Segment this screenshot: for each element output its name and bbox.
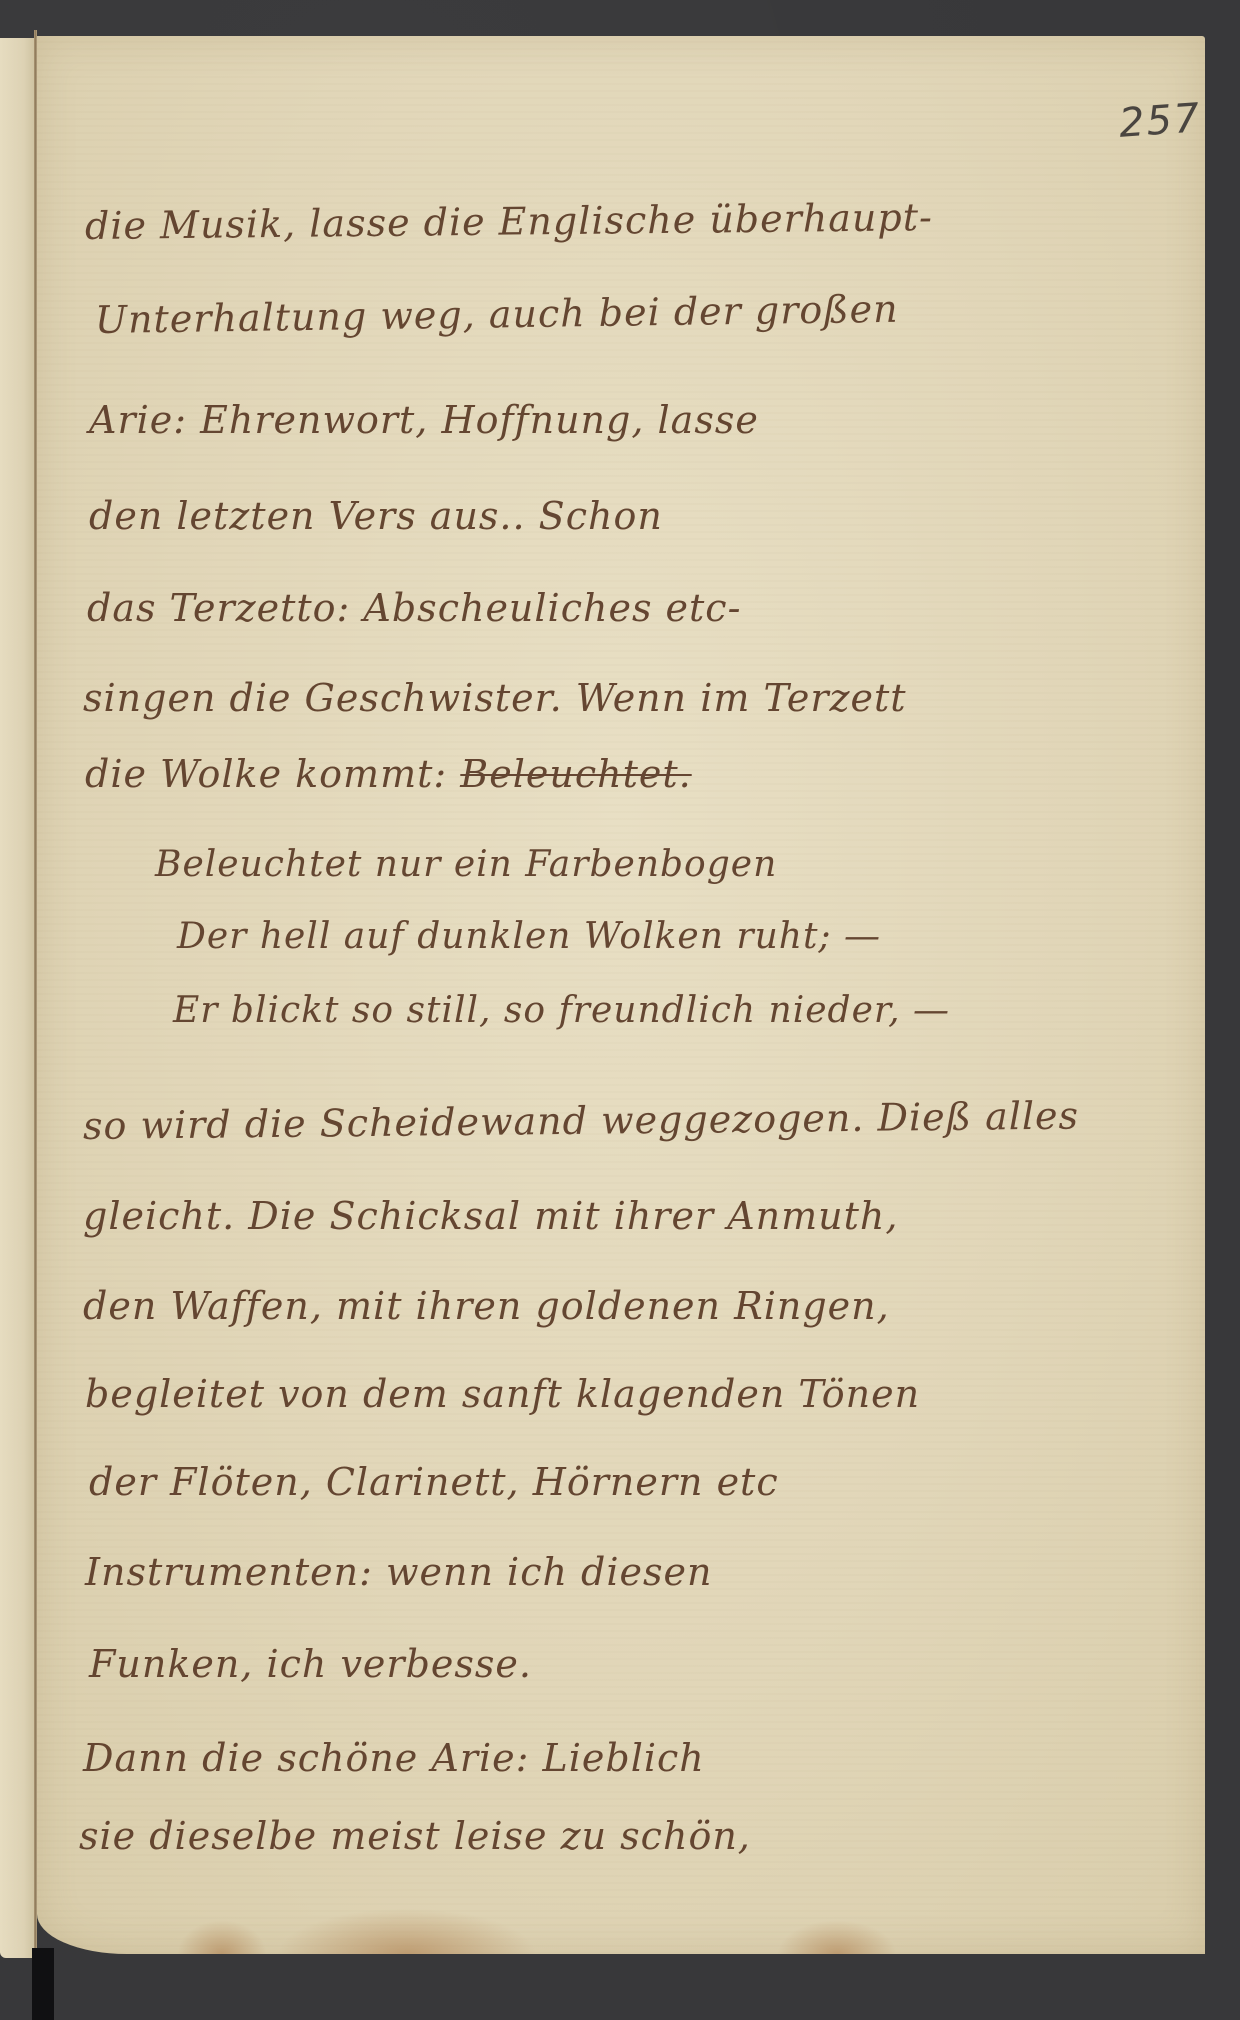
manuscript-line: den Waffen, mit ihren goldenen Ringen, [83, 1284, 890, 1328]
manuscript-line: so wird die Scheidewand weggezogen. Dieß… [83, 1094, 1079, 1148]
manuscript-line: sie dieselbe meist leise zu schön, [79, 1814, 751, 1858]
manuscript-line: Dann die schöne Arie: Lieblich [83, 1736, 705, 1780]
manuscript-line: Instrumenten: wenn ich diesen [85, 1550, 712, 1594]
manuscript-line: den letzten Vers aus.. Schon [89, 494, 663, 538]
manuscript-line: das Terzetto: Abscheuliches etc- [87, 586, 741, 630]
manuscript-line: Unterhaltung weg, auch bei der großen [95, 287, 899, 342]
manuscript-line: die Wolke kommt: Beleuchtet. [85, 752, 692, 796]
gutter-shadow [32, 1948, 54, 2020]
line-text: die Wolke kommt: [85, 752, 447, 796]
manuscript-line: der Flöten, Clarinett, Hörnern etc [89, 1460, 779, 1504]
verse-line: Er blickt so still, so freundlich nieder… [173, 990, 950, 1031]
manuscript-line: Funken, ich verbesse. [89, 1642, 532, 1686]
struck-word: Beleuchtet. [460, 752, 691, 796]
manuscript-line: singen die Geschwister. Wenn im Terzett [83, 676, 907, 720]
manuscript-page: 257 die Musik, lasse die Englische überh… [37, 36, 1205, 1954]
manuscript-line: Arie: Ehrenwort, Hoffnung, lasse [89, 398, 759, 442]
verse-line: Beleuchtet nur ein Farbenbogen [155, 844, 777, 885]
manuscript-line: begleitet von dem sanft klagenden Tönen [85, 1372, 920, 1416]
verse-line: Der hell auf dunklen Wolken ruht; — [177, 916, 881, 957]
manuscript-line: die Musik, lasse die Englische überhaupt… [85, 195, 933, 248]
handwritten-text: die Musik, lasse die Englische überhaupt… [37, 36, 1205, 1954]
facing-page-edge [0, 38, 34, 1958]
manuscript-line: gleicht. Die Schicksal mit ihrer Anmuth, [83, 1194, 898, 1238]
